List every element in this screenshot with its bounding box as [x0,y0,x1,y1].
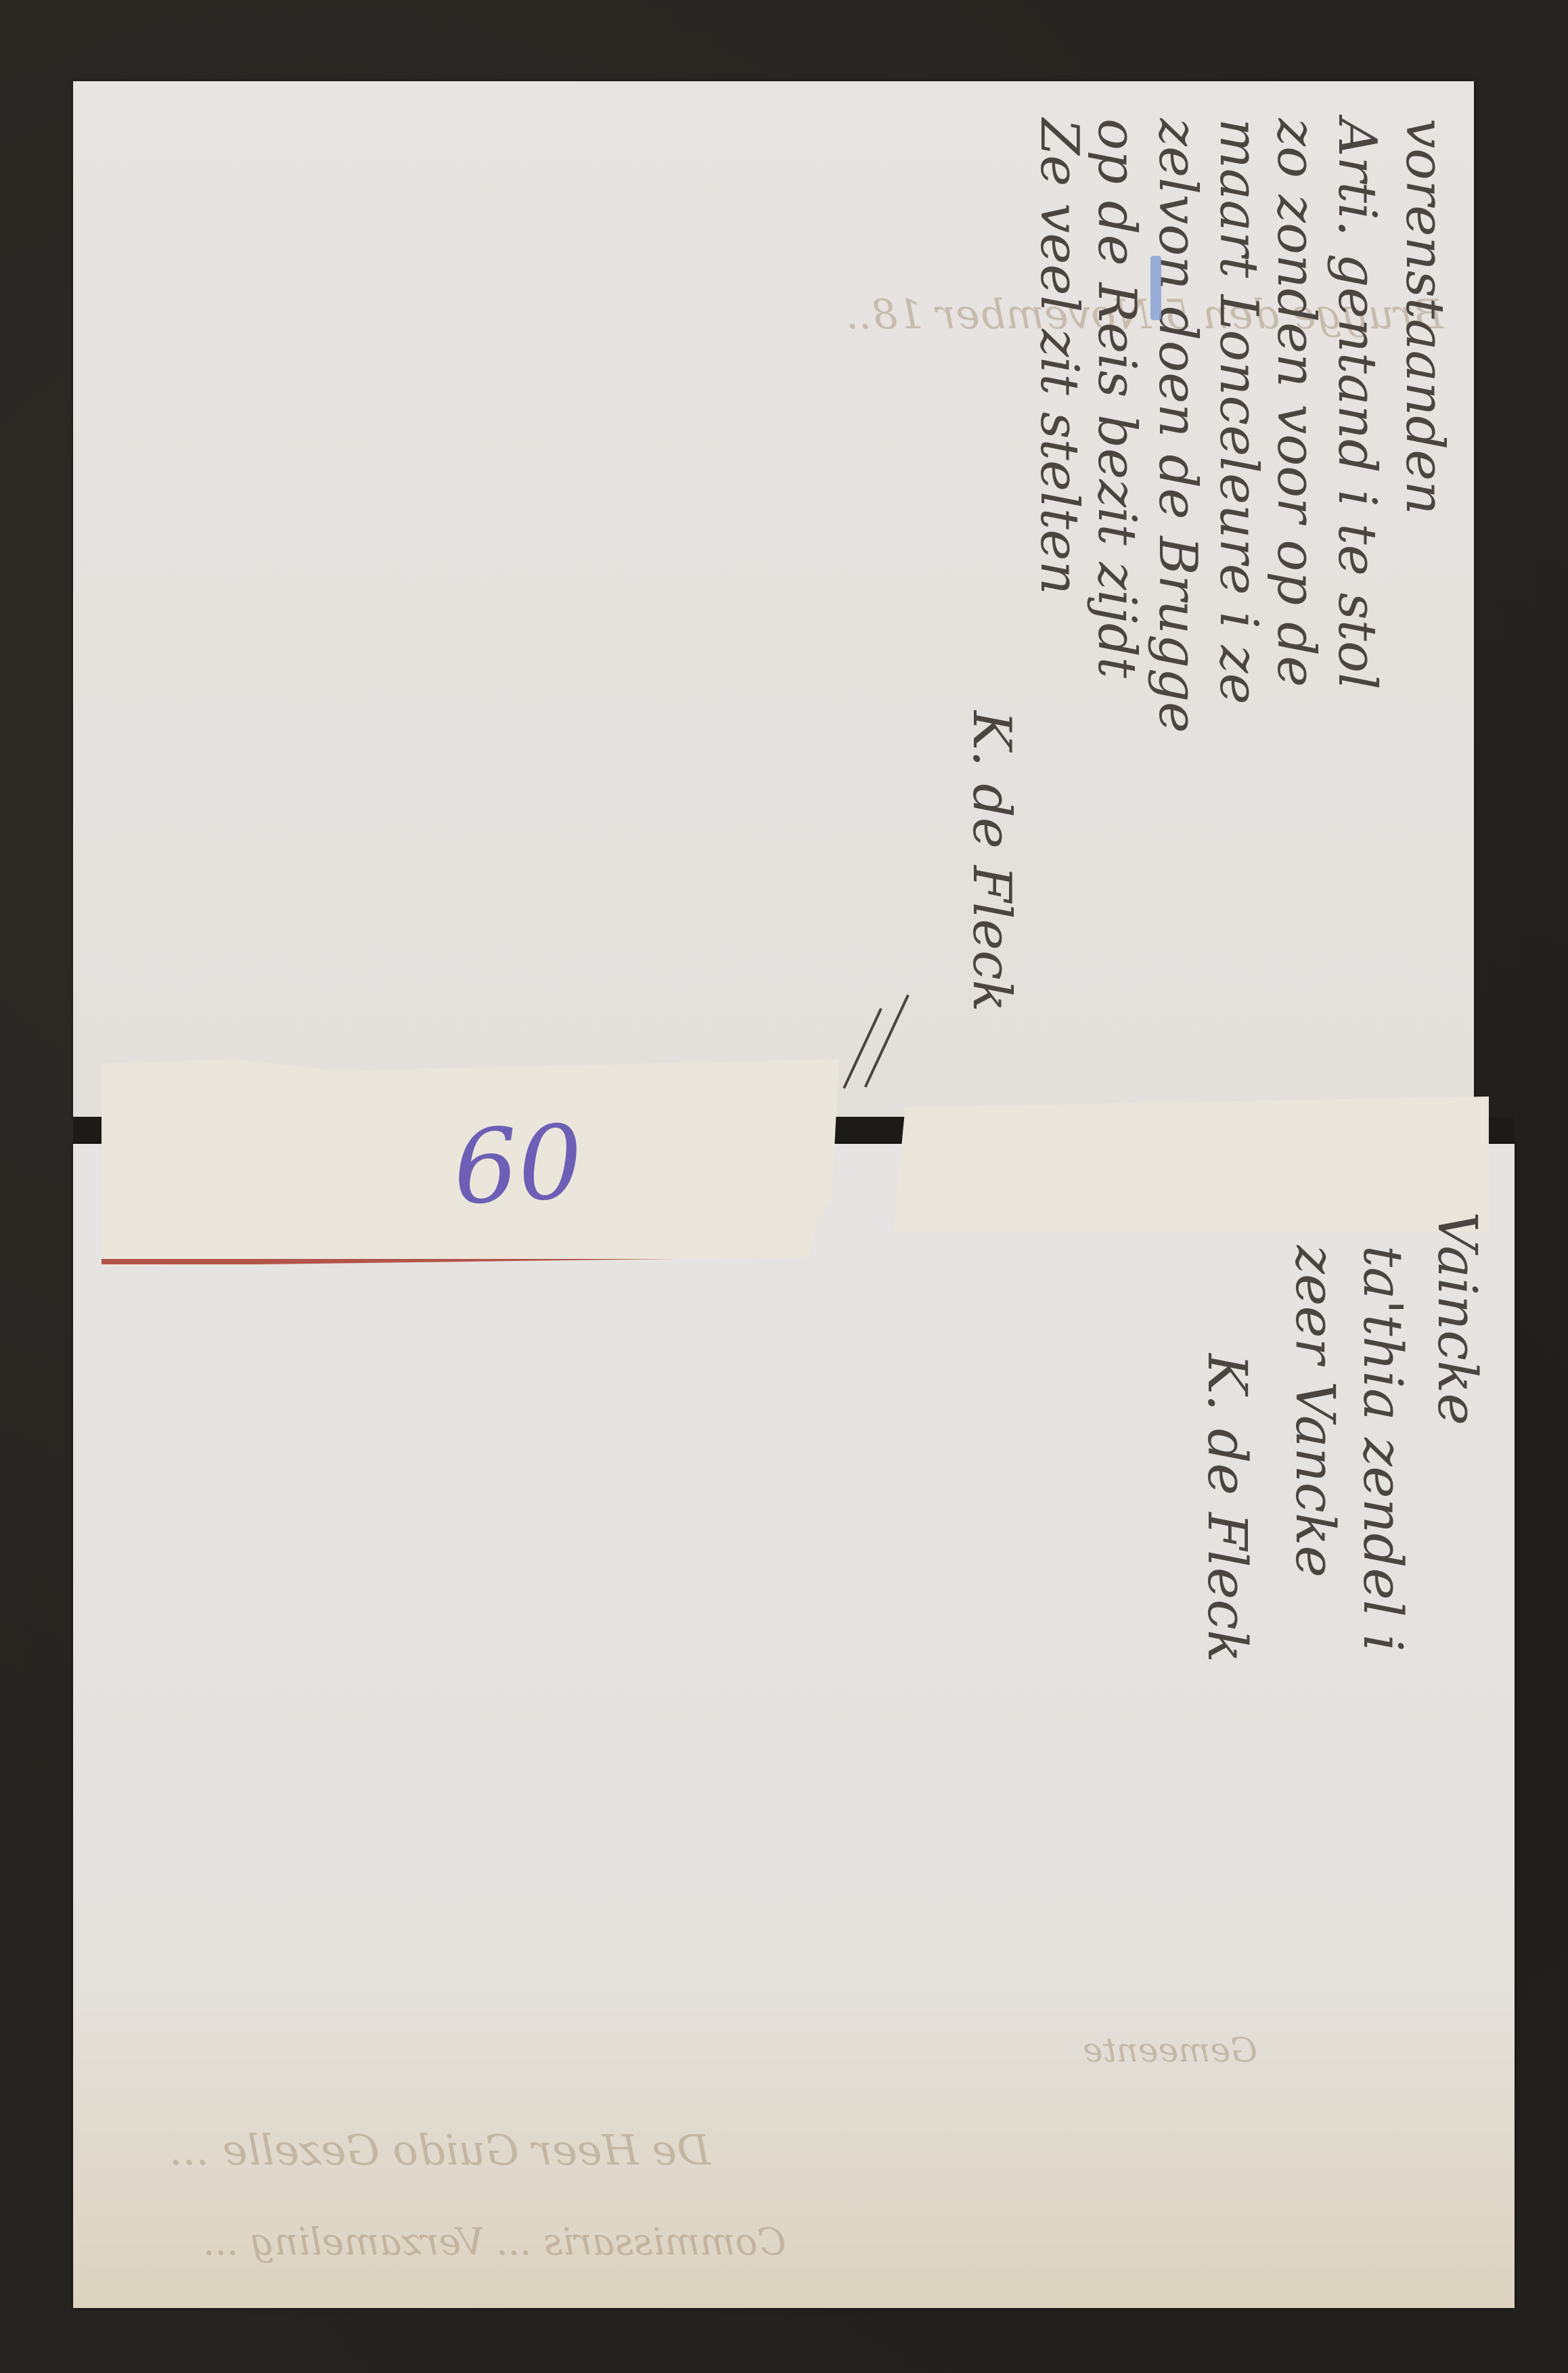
top-line-5: zelvon doen de Brugge [1147,118,1208,733]
bottom-line-2: ta'thia zendel i [1351,1245,1414,1651]
archive-number: 60 [451,1103,586,1228]
top-line-3: zo zonden voor op de [1265,118,1326,687]
top-line-4: maart Lonceleure i ze [1208,118,1269,705]
top-line-6: op de Reis bezit zijdt [1086,118,1147,678]
bottom-signature: K. de Fleck [1196,1354,1259,1662]
bleed-through-line-2: Commissaris ... Verzameling ... [203,2220,786,2263]
bottom-line-1: Vaincke [1426,1212,1489,1425]
bleed-through-gemeente: Gemeente [1083,2031,1257,2070]
top-signature: K. de Fleck [961,711,1022,1012]
paper-tab [893,1096,1489,1232]
bottom-line-3: zeer Vancke [1284,1245,1347,1578]
top-line-7: Ze veel zit stelten [1029,118,1090,595]
top-line-1: vorenstaanden [1394,118,1455,515]
blue-pencil-mark [1150,256,1161,320]
bleed-through-line-1: De Heer Guido Gezelle ... [169,2125,711,2175]
top-line-2: Arti. gentand i te stol [1326,118,1387,690]
archive-label: 60 [102,1059,839,1289]
